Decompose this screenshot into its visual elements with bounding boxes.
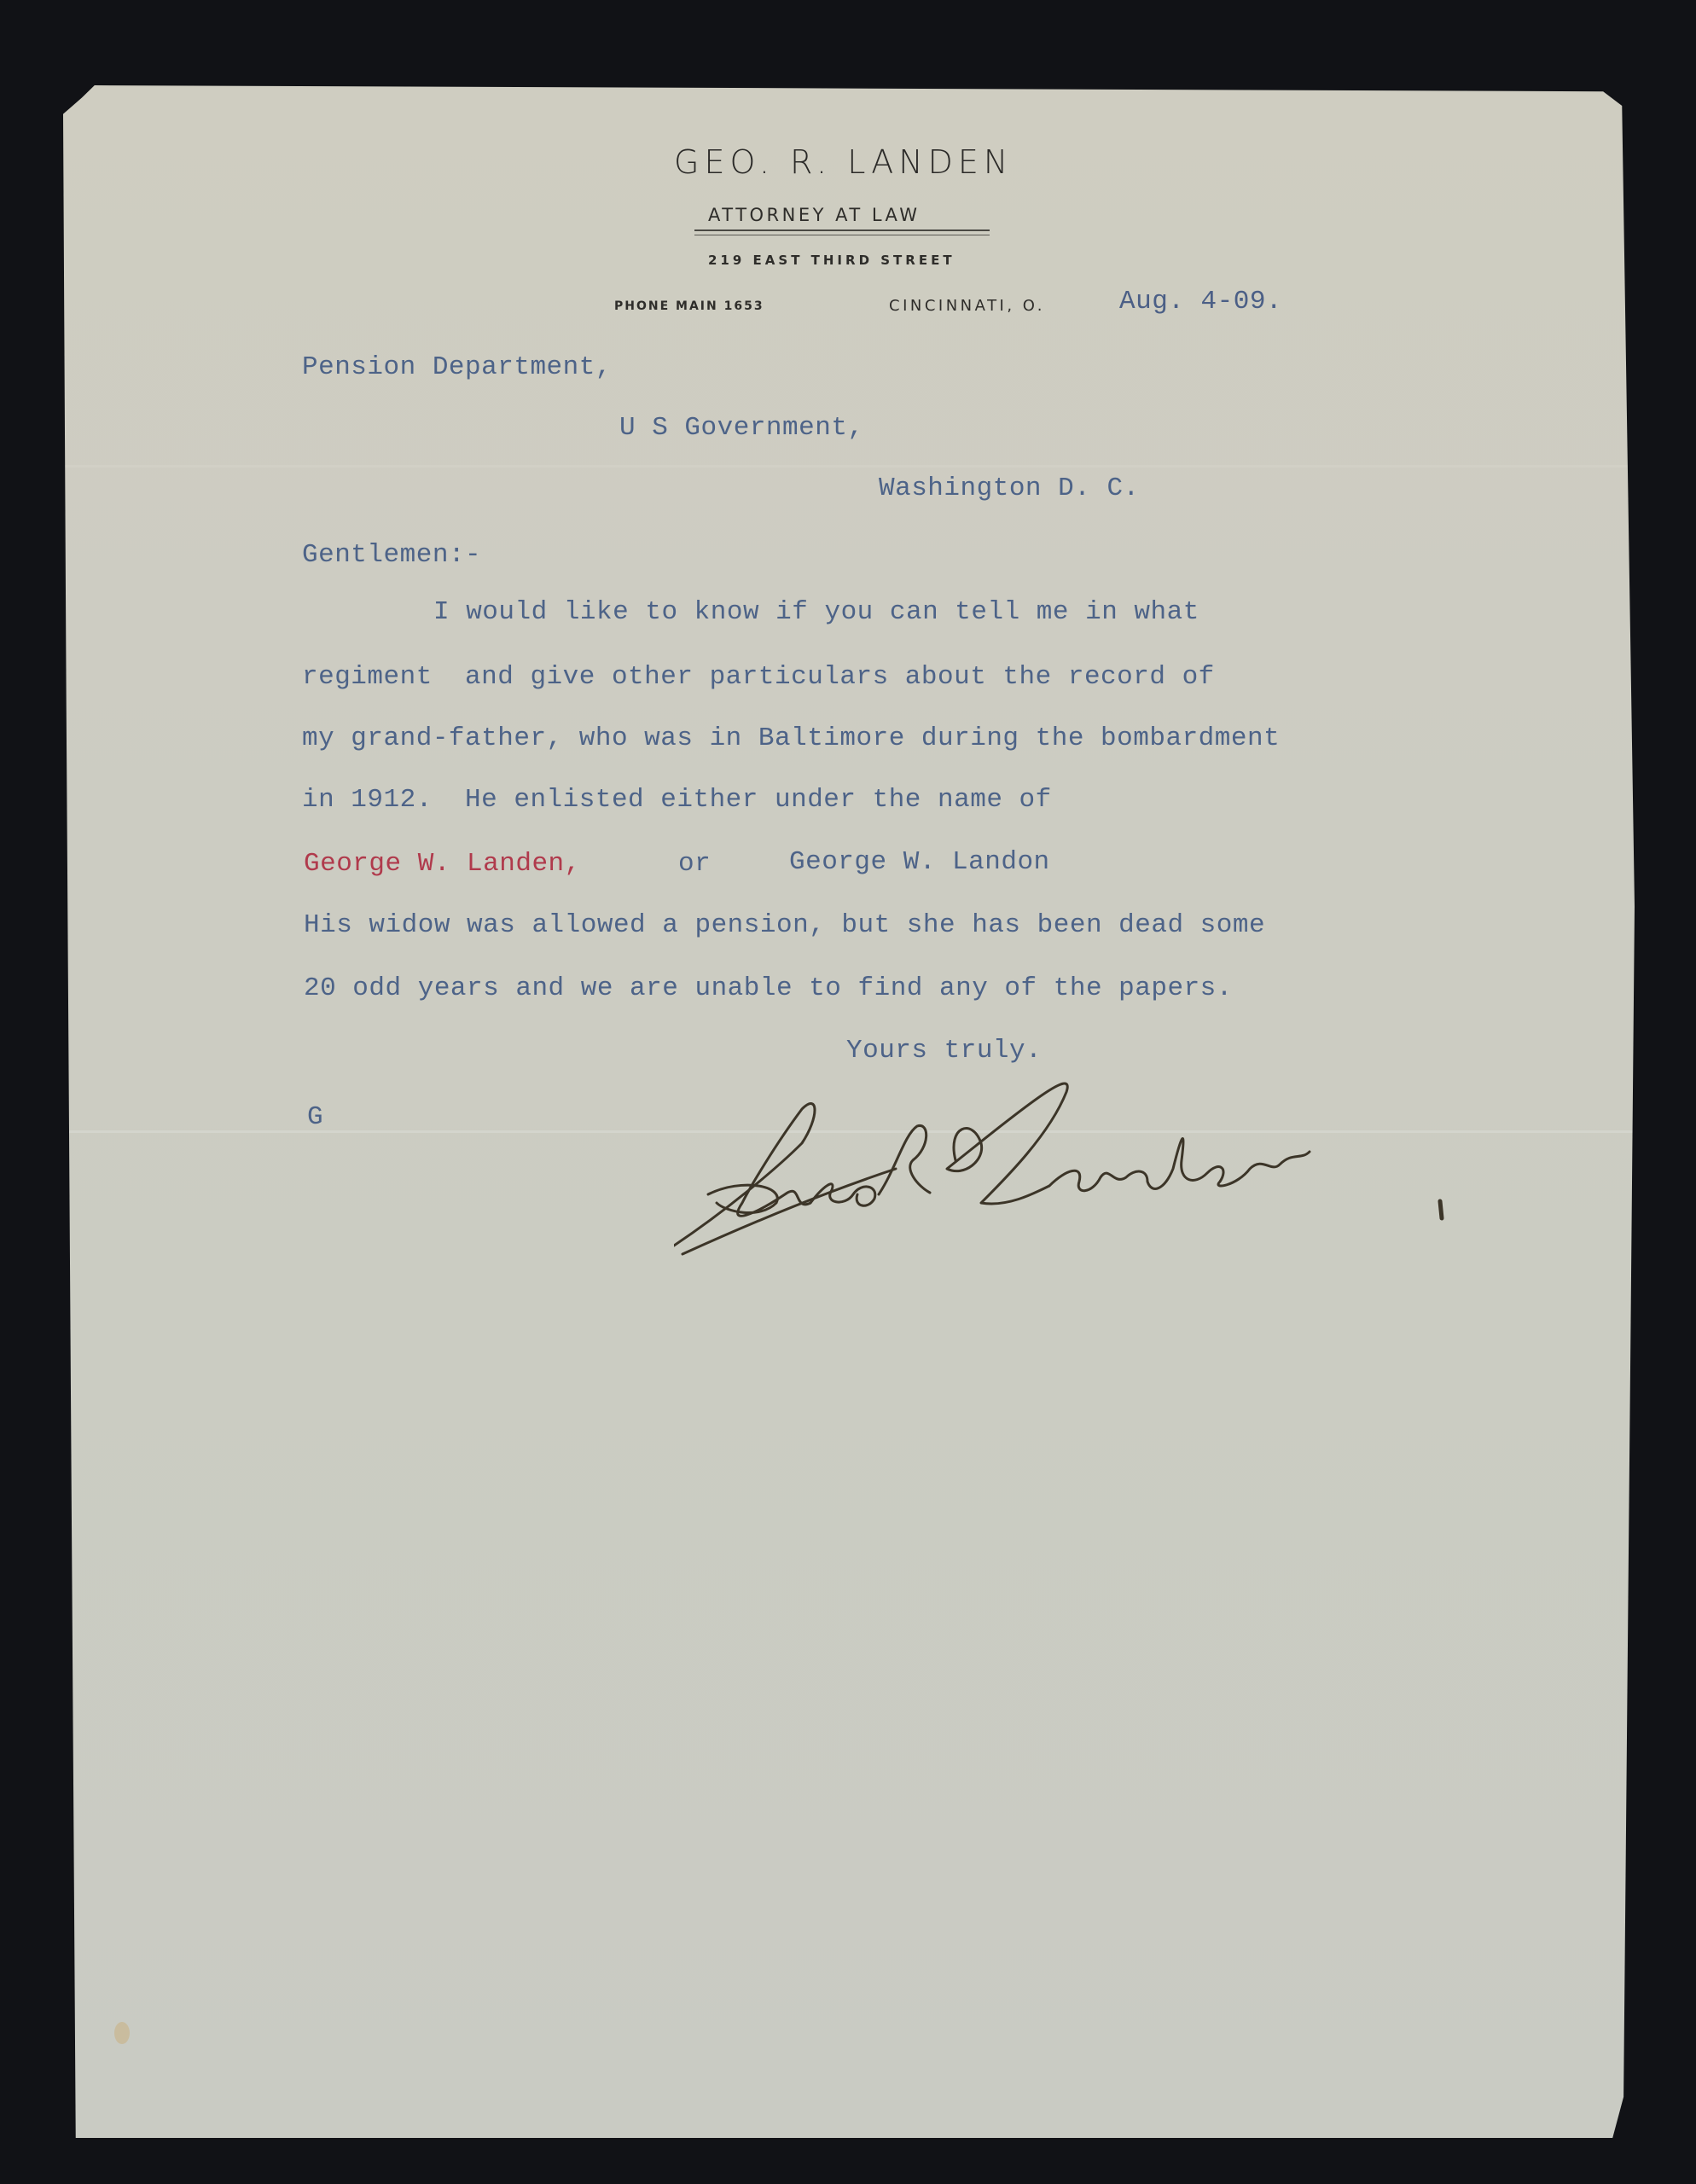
letterhead-name: GEO. R. LANDEN: [674, 143, 1013, 181]
name-option-blue: George W. Landon: [789, 847, 1050, 877]
typist-initials: G: [307, 1102, 323, 1132]
body-line-7: 20 odd years and we are unable to find a…: [304, 973, 1233, 1003]
letterhead-city: CINCINNATI, O.: [889, 297, 1045, 315]
recipient-line-3: Washington D. C.: [879, 473, 1140, 503]
name-separator: or: [678, 849, 711, 879]
recipient-line-1: Pension Department,: [302, 352, 612, 382]
body-line-1: I would like to know if you can tell me …: [433, 597, 1199, 627]
salutation: Gentlemen:-: [302, 540, 481, 570]
letterhead-underline: [694, 229, 990, 231]
letterhead-phone: PHONE MAIN 1653: [614, 299, 764, 313]
letterhead-address: 219 EAST THIRD STREET: [708, 253, 955, 268]
body-line-6: His widow was allowed a pension, but she…: [304, 910, 1265, 940]
letterhead-title: ATTORNEY AT LAW: [708, 205, 921, 225]
handwritten-signature: [674, 1066, 1493, 1263]
stain-mark: [114, 2022, 130, 2044]
letter-date: Aug. 4-09.: [1119, 287, 1282, 317]
body-line-4: in 1912. He enlisted either under the na…: [302, 785, 1052, 815]
closing: Yours truly.: [846, 1036, 1042, 1066]
letterhead-underline: [694, 235, 990, 235]
body-line-3: my grand-father, who was in Baltimore du…: [302, 723, 1280, 753]
name-option-red: George W. Landen,: [304, 849, 581, 879]
paper-fold-line: [63, 465, 1635, 468]
recipient-line-2: U S Government,: [619, 413, 864, 443]
body-line-2: regiment and give other particulars abou…: [302, 662, 1215, 692]
